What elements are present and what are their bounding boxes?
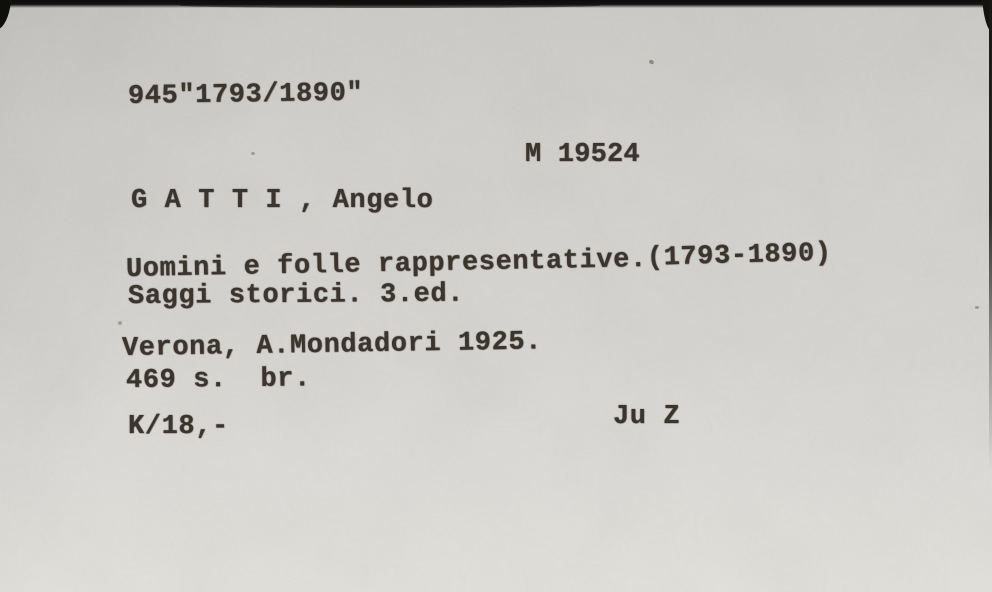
shelf-mark: Ju Z [613,404,680,431]
subtitle: Saggi storici. 3.ed. [128,282,464,311]
paper-speck [648,59,654,65]
collation: 469 s. br. [126,366,311,395]
paper-speck [975,306,979,309]
author-heading: G A T T I , Angelo [131,188,433,215]
title-text: Uomini e folle rappresentative. [126,245,647,285]
price-notation: K/18,- [128,414,229,441]
scan-corner-top-left [0,0,12,31]
catalog-card: 945"1793/1890" M 19524 G A T T I , Angel… [0,0,992,592]
paper-speck [251,152,255,155]
accession-number: M 19524 [525,142,640,169]
imprint: Verona, A.Mondadori 1925. [122,329,542,363]
title-line: Uomini e folle rappresentative.(1793-189… [126,243,832,284]
scan-edge-top-shadow [180,3,600,8]
title-dates: (1793-1890) [646,241,832,273]
call-number: 945"1793/1890" [128,81,364,111]
paper-speck [118,321,122,325]
